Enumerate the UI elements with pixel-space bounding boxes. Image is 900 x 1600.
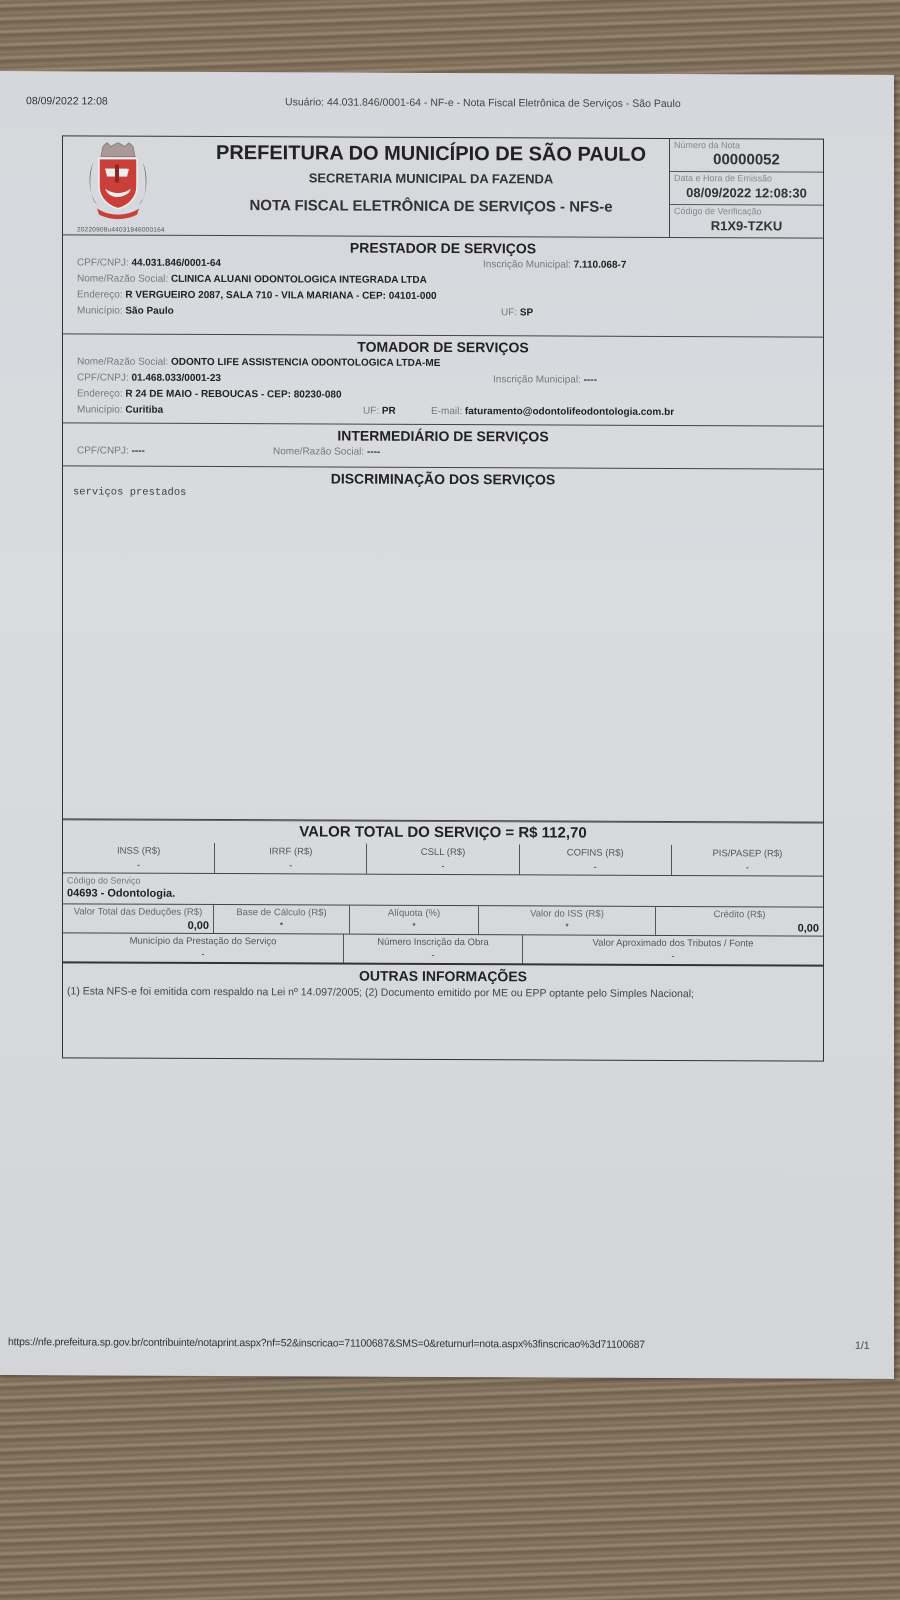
nota-header: 20220908u44031846000164 PREFEITURA DO MU… [63,136,823,238]
deducoes-grid: Valor Total das Deduções (R$)0,00 Base d… [63,904,823,936]
discriminacao-section: DISCRIMINAÇÃO DOS SERVIÇOS serviços pres… [63,466,823,822]
aliquota-label: Alíquota (%) [388,908,440,919]
numero-nota-label: Número da Nota [674,140,740,150]
tomador-email: faturamento@odontolifeodontologia.com.br [465,406,674,418]
print-footer-url: https://nfe.prefeitura.sp.gov.br/contrib… [8,1336,645,1351]
valor-iss-value: * [479,921,655,932]
aliquota-value: * [350,921,478,932]
print-user-line: Usuário: 44.031.846/0001-64 - NF-e - Not… [285,96,681,110]
emissao-datetime: 08/09/2022 12:08:30 [670,185,823,201]
document-title: NOTA FISCAL ELETRÔNICA DE SERVIÇOS - NFS… [193,197,669,216]
valor-iss-label: Valor do ISS (R$) [530,908,604,919]
tributo-label: INSS (R$) [117,846,160,857]
base-calculo-label: Base de Cálculo (R$) [236,907,326,918]
prestador-nome: CLINICA ALUANI ODONTOLOGICA INTEGRADA LT… [171,274,427,286]
inscricao-obra-label: Número Inscrição da Obra [377,937,488,948]
tomador-im: ---- [584,375,597,386]
tributos-aprox-value: - [523,950,823,961]
tributo-label: COFINS (R$) [567,848,624,859]
base-calculo-value: * [214,920,349,931]
sao-paulo-coat-of-arms-icon [85,142,151,220]
prestador-endereco: R VERGUEIRO 2087, SALA 710 - VILA MARIAN… [125,290,436,302]
municipio-prestacao-cell: Município da Prestação do Serviço- [63,933,343,962]
intermediario-nome: ---- [367,447,380,458]
tributos-grid: INSS (R$)- IRRF (R$)- CSLL (R$)- COFINS … [63,842,823,876]
tomador-endereco: R 24 DE MAIO - REBOUCAS - CEP: 80230-080 [125,389,341,401]
tomador-uf: PR [382,406,396,417]
cnpj-label: CPF/CNPJ: [77,372,129,383]
outras-informacoes-text: (1) Esta NFS-e foi emitida com respaldo … [63,983,823,1002]
municipio-label: Município: [77,305,123,316]
valor-total: VALOR TOTAL DO SERVIÇO = R$ 112,70 [63,819,823,845]
intermediario-cnpj: ---- [131,446,144,457]
verificacao-cell: Código de Verificação R1X9-TZKU [670,205,823,238]
codigo-servico: 04693 - Odontologia. [63,885,823,902]
tributo-value: - [63,859,214,870]
tributo-label: IRRF (R$) [269,846,312,857]
im-label: Inscrição Municipal: [483,259,571,270]
emissao-cell: Data e Hora de Emissão 08/09/2022 12:08:… [670,172,823,206]
base-calculo-cell: Base de Cálculo (R$)* [213,905,349,934]
prestador-cnpj: 44.031.846/0001-64 [131,258,221,269]
emissao-label: Data e Hora de Emissão [674,173,772,183]
uf-label: UF: [363,406,379,417]
secretaria-title: SECRETARIA MUNICIPAL DA FAZENDA [193,170,669,187]
municipio-prestacao-label: Município da Prestação do Serviço [130,936,277,948]
printed-page: 08/09/2022 12:08 Usuário: 44.031.846/000… [0,71,894,1379]
tributos-aprox-label: Valor Aproximado dos Tributos / Fonte [593,938,754,950]
municipio-prestacao-grid: Município da Prestação do Serviço- Númer… [63,933,823,966]
tributo-pis-pasep: PIS/PASEP (R$)- [671,845,823,876]
tributo-label: CSLL (R$) [421,847,466,858]
intermediario-section: INTERMEDIÁRIO DE SERVIÇOS CPF/CNPJ: ----… [63,423,823,469]
tributo-cofins: COFINS (R$)- [519,844,671,875]
inscricao-obra-value: - [344,950,522,961]
endereco-label: Endereço: [77,388,123,399]
print-page-number: 1/1 [855,1340,870,1352]
aliquota-cell: Alíquota (%)* [349,906,478,935]
tributo-irrf: IRRF (R$)- [214,843,366,874]
nome-label: Nome/Razão Social: [77,356,168,367]
numero-nota: 00000052 [670,151,823,169]
credito-cell: Crédito (R$)0,00 [655,907,823,936]
print-datetime: 08/09/2022 12:08 [26,95,108,107]
tomador-section: TOMADOR DE SERVIÇOS Nome/Razão Social: O… [63,334,823,426]
credito-label: Crédito (R$) [714,909,766,920]
credito-value: 0,00 [798,923,819,935]
endereco-label: Endereço: [77,289,123,300]
uf-label: UF: [501,307,517,318]
valor-iss-cell: Valor do ISS (R$)* [478,906,655,935]
prestador-municipio: São Paulo [125,306,173,317]
discriminacao-text: serviços prestados [63,486,823,501]
municipio-label: Município: [77,404,123,415]
nome-label: Nome/Razão Social: [77,273,168,284]
cnpj-label: CPF/CNPJ: [77,445,129,456]
inscricao-obra-cell: Número Inscrição da Obra- [343,935,522,964]
im-label: Inscrição Municipal: [493,374,581,385]
deducoes-cell: Valor Total das Deduções (R$)0,00 [63,904,213,933]
deducoes-label: Valor Total das Deduções (R$) [74,906,203,918]
outras-informacoes-section: OUTRAS INFORMAÇÕES (1) Esta NFS-e foi em… [63,963,823,1060]
nfs-e-document: 20220908u44031846000164 PREFEITURA DO MU… [62,135,824,1061]
cnpj-label: CPF/CNPJ: [77,257,129,268]
logo-area: 20220908u44031846000164 [63,136,193,235]
nome-label: Nome/Razão Social: [273,446,364,457]
tributo-value: - [367,861,518,872]
barcode-number: 20220908u44031846000164 [77,226,165,233]
tributos-aprox-cell: Valor Aproximado dos Tributos / Fonte- [522,935,823,964]
tomador-cnpj: 01.468.033/0001-23 [131,373,221,384]
tributo-label: PIS/PASEP (R$) [712,848,782,859]
numero-nota-cell: Número da Nota 00000052 [670,139,823,173]
deducoes-value: 0,00 [188,920,209,932]
email-label: E-mail: [431,406,462,417]
municipality-title: PREFEITURA DO MUNICÍPIO DE SÃO PAULO [193,142,669,167]
verificacao-label: Código de Verificação [674,206,762,216]
prestador-section: PRESTADOR DE SERVIÇOS CPF/CNPJ: 44.031.8… [63,235,823,337]
municipio-prestacao-value: - [63,948,343,959]
title-block: PREFEITURA DO MUNICÍPIO DE SÃO PAULO SEC… [193,137,669,237]
codigo-servico-section: Código do Serviço 04693 - Odontologia. [63,873,823,907]
verificacao-code: R1X9-TZKU [670,218,823,234]
tributo-value: - [672,862,823,873]
tributo-value: - [215,860,366,871]
prestador-im: 7.110.068-7 [574,260,627,271]
tomador-nome: ODONTO LIFE ASSISTENCIA ODONTOLOGICA LTD… [171,357,440,369]
tributo-value: - [520,861,671,872]
nota-meta: Número da Nota 00000052 Data e Hora de E… [669,139,823,238]
tomador-municipio: Curitiba [125,405,163,416]
prestador-uf: SP [520,307,533,318]
tributo-inss: INSS (R$)- [63,842,214,873]
tributo-csll: CSLL (R$)- [366,844,518,875]
